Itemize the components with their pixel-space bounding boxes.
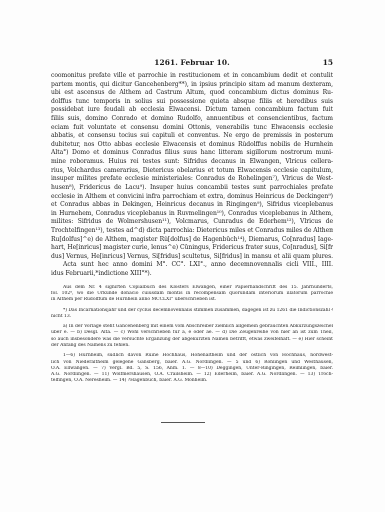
- text-line: ubi est ascensus de Althem ad Castrum Al…: [51, 89, 333, 98]
- text-line: ecclesie in Althem et convicini infra pa…: [51, 193, 333, 202]
- text-line: filiis suis, domino Conrado et domino Ru…: [51, 115, 333, 124]
- charter-text: coomonitus prefate ville et parrochie in…: [51, 72, 333, 279]
- text-line: insuper milites prefate ecclesie ministe…: [51, 175, 333, 184]
- footnote-line: telfingen, O.A. Neresheim. — 14) ?Hagenb…: [51, 378, 333, 384]
- text-line: abbatis, et consensu tocius sui capituli…: [51, 132, 333, 141]
- text-line: possidebat iure feudali ab ecclesia Elwa…: [51, 106, 333, 115]
- page-number: 15: [323, 58, 333, 67]
- page-header: 1261. Februar 10. 15: [51, 58, 333, 70]
- text-line: Alta°) Domo et dominus Conradus filius s…: [51, 149, 333, 158]
- text-line: dolffus tunc temporis in solius sui poss…: [51, 98, 333, 107]
- text-line: partem montis, qui dicitur Gancehenberg*…: [51, 81, 333, 90]
- text-line: rius, Volchardus camerarius, Dietericus …: [51, 167, 333, 176]
- text-line: dubitetur, nos Otto abbas ecclesie Elwac…: [51, 141, 333, 150]
- footnote-line: über e. — b) Desgl. Alta. — c) Wohl vers…: [51, 330, 333, 336]
- text-line: hart, He[inricus] magister curie, lenus^…: [51, 244, 333, 253]
- end-rule: [161, 422, 205, 423]
- document-page: 1261. Februar 10. 15 coomonitus prefate …: [51, 58, 333, 385]
- page-header-title: 1261. Februar 10.: [51, 58, 333, 67]
- text-line: Trochtelfingen¹³), testes ad^d) dicta pa…: [51, 227, 333, 236]
- text-line: idus Februarii,*indictione XIII°*).: [51, 270, 333, 279]
- footnote-line: 1—6) Hürnheim, südlich davon Ruine Hochh…: [51, 353, 333, 359]
- text-line: husen⁸), Fridericus de Lacu⁹). Insuper h…: [51, 184, 333, 193]
- text-line: coomonitus prefate ville et parrochie in…: [51, 72, 333, 81]
- footnotes: Aus dem Nr. 4 signirten Copialbuch des K…: [51, 285, 333, 385]
- text-line: dus] Vernus, He[inricus] Vernus, Si[frid…: [51, 253, 333, 262]
- footnote-line: *) Das Incarnationsjahr und der cyclus d…: [51, 308, 333, 314]
- text-line: Acta sunt hec anno domini M°. CC°. LXI°.…: [51, 261, 333, 270]
- text-line: Ru[dolfus]^e) de Althem, magister Rŭ[dol…: [51, 236, 333, 245]
- footnote-line: lich von Niederaltheim gelegene Gansberg…: [51, 360, 333, 366]
- text-line: in Hurnehem, Conradus viceplebanus in Ru…: [51, 210, 333, 219]
- text-line: et Conradus abbas in Dekingen, Heinricus…: [51, 201, 333, 210]
- text-line: mine roboramus. Huius rei testes sunt: S…: [51, 158, 333, 167]
- text-line: milites: Sifridus de Wolmershusen¹¹), Vo…: [51, 218, 333, 227]
- text-line: eciam fuit voluntate et consensu domini …: [51, 124, 333, 133]
- footnote-line: Aus dem Nr. 4 signirten Copialbuch des K…: [51, 285, 333, 291]
